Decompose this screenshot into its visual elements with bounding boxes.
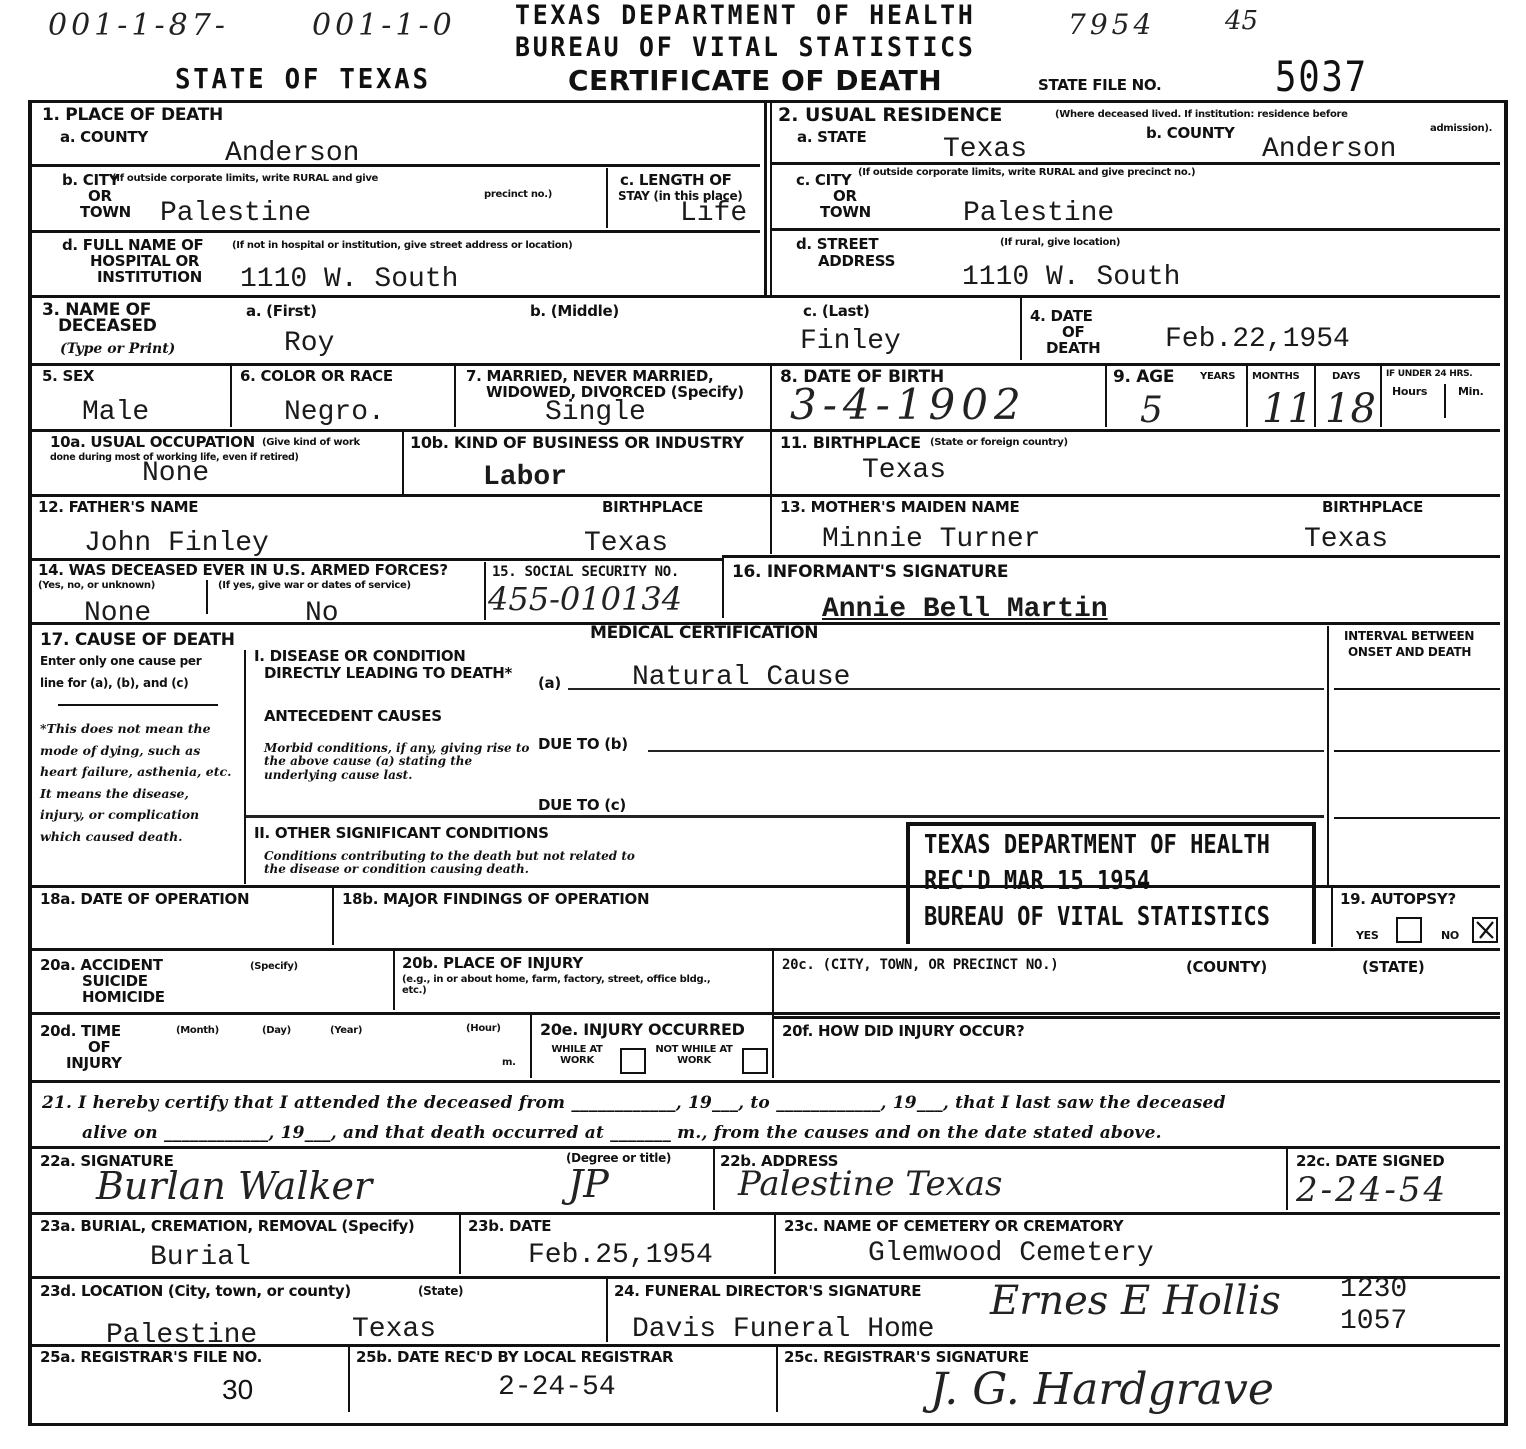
- year-label: (Year): [330, 1026, 362, 1037]
- informant-value: Annie Bell Martin: [822, 594, 1108, 625]
- cause-instructions-1: Enter only one cause per: [40, 655, 201, 668]
- age-months-label: MONTHS: [1252, 372, 1299, 383]
- residence-city-or: OR: [833, 189, 857, 204]
- autopsy-yes-checkbox[interactable]: [1396, 917, 1422, 943]
- medical-certification-heading: MEDICAL CERTIFICATION: [590, 625, 818, 642]
- cemetery-label: 23c. NAME OF CEMETERY OR CREMATORY: [784, 1219, 1123, 1234]
- place-of-injury-label: 20b. PLACE OF INJURY: [402, 956, 583, 971]
- ssn-value: 455-010134: [488, 580, 682, 618]
- other-conditions-label: II. OTHER SIGNIFICANT CONDITIONS: [254, 826, 549, 841]
- stamp-line-2: REC'D MAR 15 1954: [924, 866, 1150, 896]
- father-name-label: 12. FATHER'S NAME: [38, 500, 198, 515]
- at-work-checkbox[interactable]: [620, 1048, 646, 1074]
- time-of-injury-label-1: 20d. TIME: [40, 1024, 121, 1039]
- hours-label: Hours: [1392, 386, 1427, 398]
- local-registrar-date-value: 2-24-54: [498, 1372, 616, 1403]
- race-label: 6. COLOR OR RACE: [240, 369, 393, 384]
- residence-city-town: TOWN: [820, 205, 871, 220]
- handwritten-file-code-1: 001-1-87-: [48, 8, 229, 43]
- not-at-work-checkbox[interactable]: [742, 1048, 768, 1074]
- armed-forces-note-1: (Yes, no, or unknown): [38, 581, 155, 592]
- age-label: 9. AGE: [1113, 369, 1174, 386]
- local-registrar-date-label: 25b. DATE REC'D BY LOCAL REGISTRAR: [356, 1350, 673, 1365]
- registrar-file-value: 30: [222, 1374, 253, 1406]
- burial-state-label: (State): [418, 1285, 463, 1298]
- m-label: m.: [502, 1058, 516, 1069]
- sex-value: Male: [82, 397, 149, 428]
- middle-name-label: b. (Middle): [530, 304, 619, 319]
- antecedent-causes-label: ANTECEDENT CAUSES: [264, 709, 442, 724]
- certificate-title: CERTIFICATE OF DEATH: [568, 64, 942, 97]
- birthplace-label: 11. BIRTHPLACE: [780, 435, 921, 451]
- under-24-hours-label: IF UNDER 24 HRS.: [1386, 370, 1472, 379]
- disposition-label: 23a. BURIAL, CREMATION, REMOVAL (Specify…: [40, 1219, 414, 1234]
- place-of-death-heading: 1. PLACE OF DEATH: [42, 107, 223, 124]
- residence-city-value: Palestine: [963, 198, 1114, 229]
- autopsy-no-label: NO: [1441, 930, 1459, 942]
- father-birthplace-value: Texas: [584, 528, 668, 559]
- informant-label: 16. INFORMANT'S SIGNATURE: [732, 564, 1008, 581]
- autopsy-yes-label: YES: [1356, 930, 1379, 942]
- burial-state-value: Texas: [352, 1314, 436, 1345]
- race-value: Negro.: [284, 397, 385, 428]
- name-label-3: (Type or Print): [60, 342, 175, 358]
- funeral-license-1: 1230: [1340, 1274, 1407, 1305]
- injury-type-label-1: 20a. ACCIDENT: [40, 958, 163, 973]
- state-title: STATE OF TEXAS: [175, 62, 431, 95]
- date-of-birth-value: 3-4-1902: [790, 380, 1027, 429]
- business-label: 10b. KIND OF BUSINESS OR INDUSTRY: [410, 435, 744, 451]
- at-work-label: WHILE AT WORK: [542, 1045, 612, 1066]
- hospital-note: (If not in hospital or institution, give…: [232, 241, 572, 252]
- disposition-value: Burial: [150, 1242, 251, 1273]
- received-stamp: TEXAS DEPARTMENT OF HEALTH REC'D MAR 15 …: [906, 822, 1316, 944]
- department-title: TEXAS DEPARTMENT OF HEALTH: [515, 0, 976, 31]
- state-file-number: 5037: [1275, 52, 1368, 101]
- mother-name-value: Minnie Turner: [822, 524, 1040, 555]
- father-birthplace-label: BIRTHPLACE: [602, 500, 703, 515]
- father-name-value: John Finley: [84, 528, 269, 559]
- interval-label-1: INTERVAL BETWEEN: [1344, 630, 1474, 643]
- date-of-death-label-2: OF: [1062, 325, 1084, 340]
- stamp-line-1: TEXAS DEPARTMENT OF HEALTH: [924, 830, 1270, 860]
- how-injury-occurred-label: 20f. HOW DID INJURY OCCUR?: [782, 1024, 1024, 1039]
- injury-specify-label: (Specify): [250, 962, 298, 973]
- due-to-c-label: DUE TO (c): [538, 798, 626, 813]
- occupation-label: 10a. USUAL OCCUPATION: [50, 435, 255, 450]
- mother-name-label: 13. MOTHER'S MAIDEN NAME: [780, 500, 1019, 515]
- cause-a-value: Natural Cause: [632, 662, 850, 693]
- day-label: (Day): [262, 1026, 291, 1037]
- injury-type-label-3: HOMICIDE: [82, 990, 165, 1005]
- interval-label-2: ONSET AND DEATH: [1348, 646, 1471, 659]
- marital-label-1: 7. MARRIED, NEVER MARRIED,: [466, 369, 713, 384]
- operation-findings-label: 18b. MAJOR FINDINGS OF OPERATION: [342, 892, 649, 907]
- bureau-title: BUREAU OF VITAL STATISTICS: [515, 32, 976, 63]
- street-label-2: ADDRESS: [818, 254, 895, 269]
- injury-type-label-2: SUICIDE: [82, 974, 148, 989]
- hour-label: (Hour): [466, 1024, 501, 1035]
- burial-date-value: Feb.25,1954: [528, 1240, 713, 1271]
- date-of-death-value: Feb.22,1954: [1165, 324, 1350, 355]
- death-city-value: Palestine: [160, 198, 311, 229]
- registrar-signature-label: 25c. REGISTRAR'S SIGNATURE: [784, 1350, 1029, 1365]
- handwritten-code-right-1: 7954: [1068, 8, 1155, 41]
- injury-occurred-label: 20e. INJURY OCCURRED: [540, 1022, 745, 1038]
- cause-of-death-label: 17. CAUSE OF DEATH: [40, 632, 235, 649]
- stamp-line-3: BUREAU OF VITAL STATISTICS: [924, 902, 1270, 932]
- age-years-value: 5: [1140, 390, 1163, 431]
- armed-forces-label: 14. WAS DECEASED EVER IN U.S. ARMED FORC…: [38, 563, 448, 578]
- hospital-label-3: INSTITUTION: [97, 270, 202, 285]
- time-of-injury-label-3: INJURY: [66, 1056, 122, 1071]
- hospital-value: 1110 W. South: [240, 264, 458, 295]
- length-of-stay-value: Life: [680, 198, 747, 229]
- funeral-director-signature: Ernes E Hollis: [990, 1278, 1281, 1324]
- certification-statement-2: alive on ____________, 19___, and that d…: [82, 1124, 1162, 1143]
- line-a-label: (a): [538, 676, 561, 691]
- injury-state-label: (STATE): [1362, 960, 1424, 975]
- residence-county-value: Anderson: [1262, 134, 1396, 165]
- birthplace-note: (State or foreign country): [930, 438, 1068, 449]
- certifier-signature: Burlan Walker: [96, 1164, 372, 1208]
- birthplace-value: Texas: [862, 455, 946, 486]
- not-at-work-label: NOT WHILE AT WORK: [652, 1045, 736, 1066]
- age-days-label: DAYS: [1332, 372, 1360, 383]
- age-months-value: 11: [1262, 386, 1313, 432]
- first-name-label: a. (First): [246, 304, 317, 319]
- other-conditions-note: Conditions contributing to the death but…: [264, 850, 644, 877]
- handwritten-code-right-2: 45: [1225, 6, 1258, 36]
- date-signed-label: 22c. DATE SIGNED: [1296, 1154, 1444, 1169]
- funeral-home-value: Davis Funeral Home: [632, 1314, 934, 1345]
- date-signed-value: 2-24-54: [1296, 1170, 1448, 1210]
- month-label: (Month): [176, 1026, 219, 1037]
- burial-location-label: 23d. LOCATION (City, town, or county): [40, 1284, 351, 1299]
- place-of-injury-note: (e.g., in or about home, farm, factory, …: [402, 975, 722, 996]
- due-to-b-label: DUE TO (b): [538, 737, 628, 752]
- state-file-label: STATE FILE NO.: [1038, 78, 1161, 93]
- occupation-note-1: (Give kind of work: [262, 438, 360, 449]
- date-of-death-label-3: DEATH: [1046, 341, 1100, 356]
- length-of-stay-label: c. LENGTH OF: [620, 173, 732, 188]
- funeral-license-2: 1057: [1340, 1306, 1407, 1337]
- checkmark-x-icon: [1474, 919, 1496, 941]
- age-days-value: 18: [1325, 386, 1376, 432]
- residence-city-note: (If outside corporate limits, write RURA…: [858, 168, 1195, 179]
- armed-forces-note-2: (If yes, give war or dates of service): [218, 581, 411, 592]
- residence-state-value: Texas: [943, 134, 1027, 165]
- date-of-operation-label: 18a. DATE OF OPERATION: [40, 892, 249, 907]
- handwritten-file-code-2: 001-1-0: [312, 8, 456, 43]
- min-label: Min.: [1458, 386, 1484, 398]
- sex-label: 5. SEX: [42, 369, 94, 384]
- mother-birthplace-value: Texas: [1304, 524, 1388, 555]
- residence-state-label: a. STATE: [797, 130, 866, 145]
- ssn-label: 15. SOCIAL SECURITY NO.: [492, 565, 679, 579]
- city-town-label: TOWN: [80, 205, 131, 220]
- business-value: Labor: [483, 462, 567, 493]
- disease-label-2: DIRECTLY LEADING TO DEATH*: [264, 666, 512, 681]
- hospital-label-1: d. FULL NAME OF: [62, 238, 203, 253]
- autopsy-no-checkbox[interactable]: [1472, 917, 1498, 943]
- funeral-director-label: 24. FUNERAL DIRECTOR'S SIGNATURE: [614, 1284, 921, 1299]
- time-of-injury-label-2: OF: [88, 1040, 110, 1055]
- antecedent-note: Morbid conditions, if any, giving rise t…: [264, 742, 536, 782]
- certifier-degree: JP: [568, 1162, 609, 1206]
- street-note: (If rural, give location): [1000, 238, 1120, 249]
- county-label: a. COUNTY: [60, 130, 148, 145]
- age-years-label: YEARS: [1200, 372, 1235, 383]
- injury-location-label: 20c. (CITY, TOWN, OR PRECINCT NO.): [782, 958, 1058, 972]
- cause-footnote: *This does not mean the mode of dying, s…: [40, 718, 236, 847]
- city-note: (If outside corporate limits, write RURA…: [112, 174, 378, 185]
- hospital-label-2: HOSPITAL OR: [90, 254, 199, 269]
- certifier-address: Palestine Texas: [738, 1164, 1002, 1204]
- city-label: b. CITY: [62, 173, 119, 188]
- residence-county-label: b. COUNTY: [1146, 126, 1235, 141]
- registrar-file-label: 25a. REGISTRAR'S FILE NO.: [40, 1350, 262, 1365]
- occupation-value: None: [142, 458, 209, 489]
- last-name-label: c. (Last): [803, 304, 870, 319]
- cemetery-value: Glemwood Cemetery: [868, 1238, 1154, 1269]
- autopsy-label: 19. AUTOPSY?: [1340, 892, 1456, 907]
- registrar-signature: J. G. Hardgrave: [930, 1364, 1274, 1415]
- mother-birthplace-label: BIRTHPLACE: [1322, 500, 1423, 515]
- burial-date-label: 23b. DATE: [468, 1219, 551, 1234]
- certification-statement-1: 21. I hereby certify that I attended the…: [42, 1094, 1226, 1113]
- date-of-death-label-1: 4. DATE: [1030, 309, 1093, 324]
- city-or-label: OR: [88, 189, 112, 204]
- residence-city-label: c. CITY: [796, 173, 851, 188]
- marital-value: Single: [545, 397, 646, 428]
- name-label-2: DECEASED: [58, 318, 157, 335]
- cause-instructions-2: line for (a), (b), and (c): [40, 677, 188, 690]
- city-note-2: precinct no.): [484, 190, 552, 201]
- injury-county-label: (COUNTY): [1186, 960, 1267, 975]
- disease-label-1: I. DISEASE OR CONDITION: [254, 649, 466, 664]
- first-name-value: Roy: [284, 328, 334, 359]
- street-value: 1110 W. South: [962, 262, 1180, 293]
- residence-note-2: admission).: [1430, 124, 1492, 135]
- residence-note: (Where deceased lived. If institution: r…: [1055, 110, 1348, 121]
- usual-residence-heading: 2. USUAL RESIDENCE: [778, 104, 1002, 126]
- street-label-1: d. STREET: [796, 237, 878, 252]
- last-name-value: Finley: [800, 326, 901, 357]
